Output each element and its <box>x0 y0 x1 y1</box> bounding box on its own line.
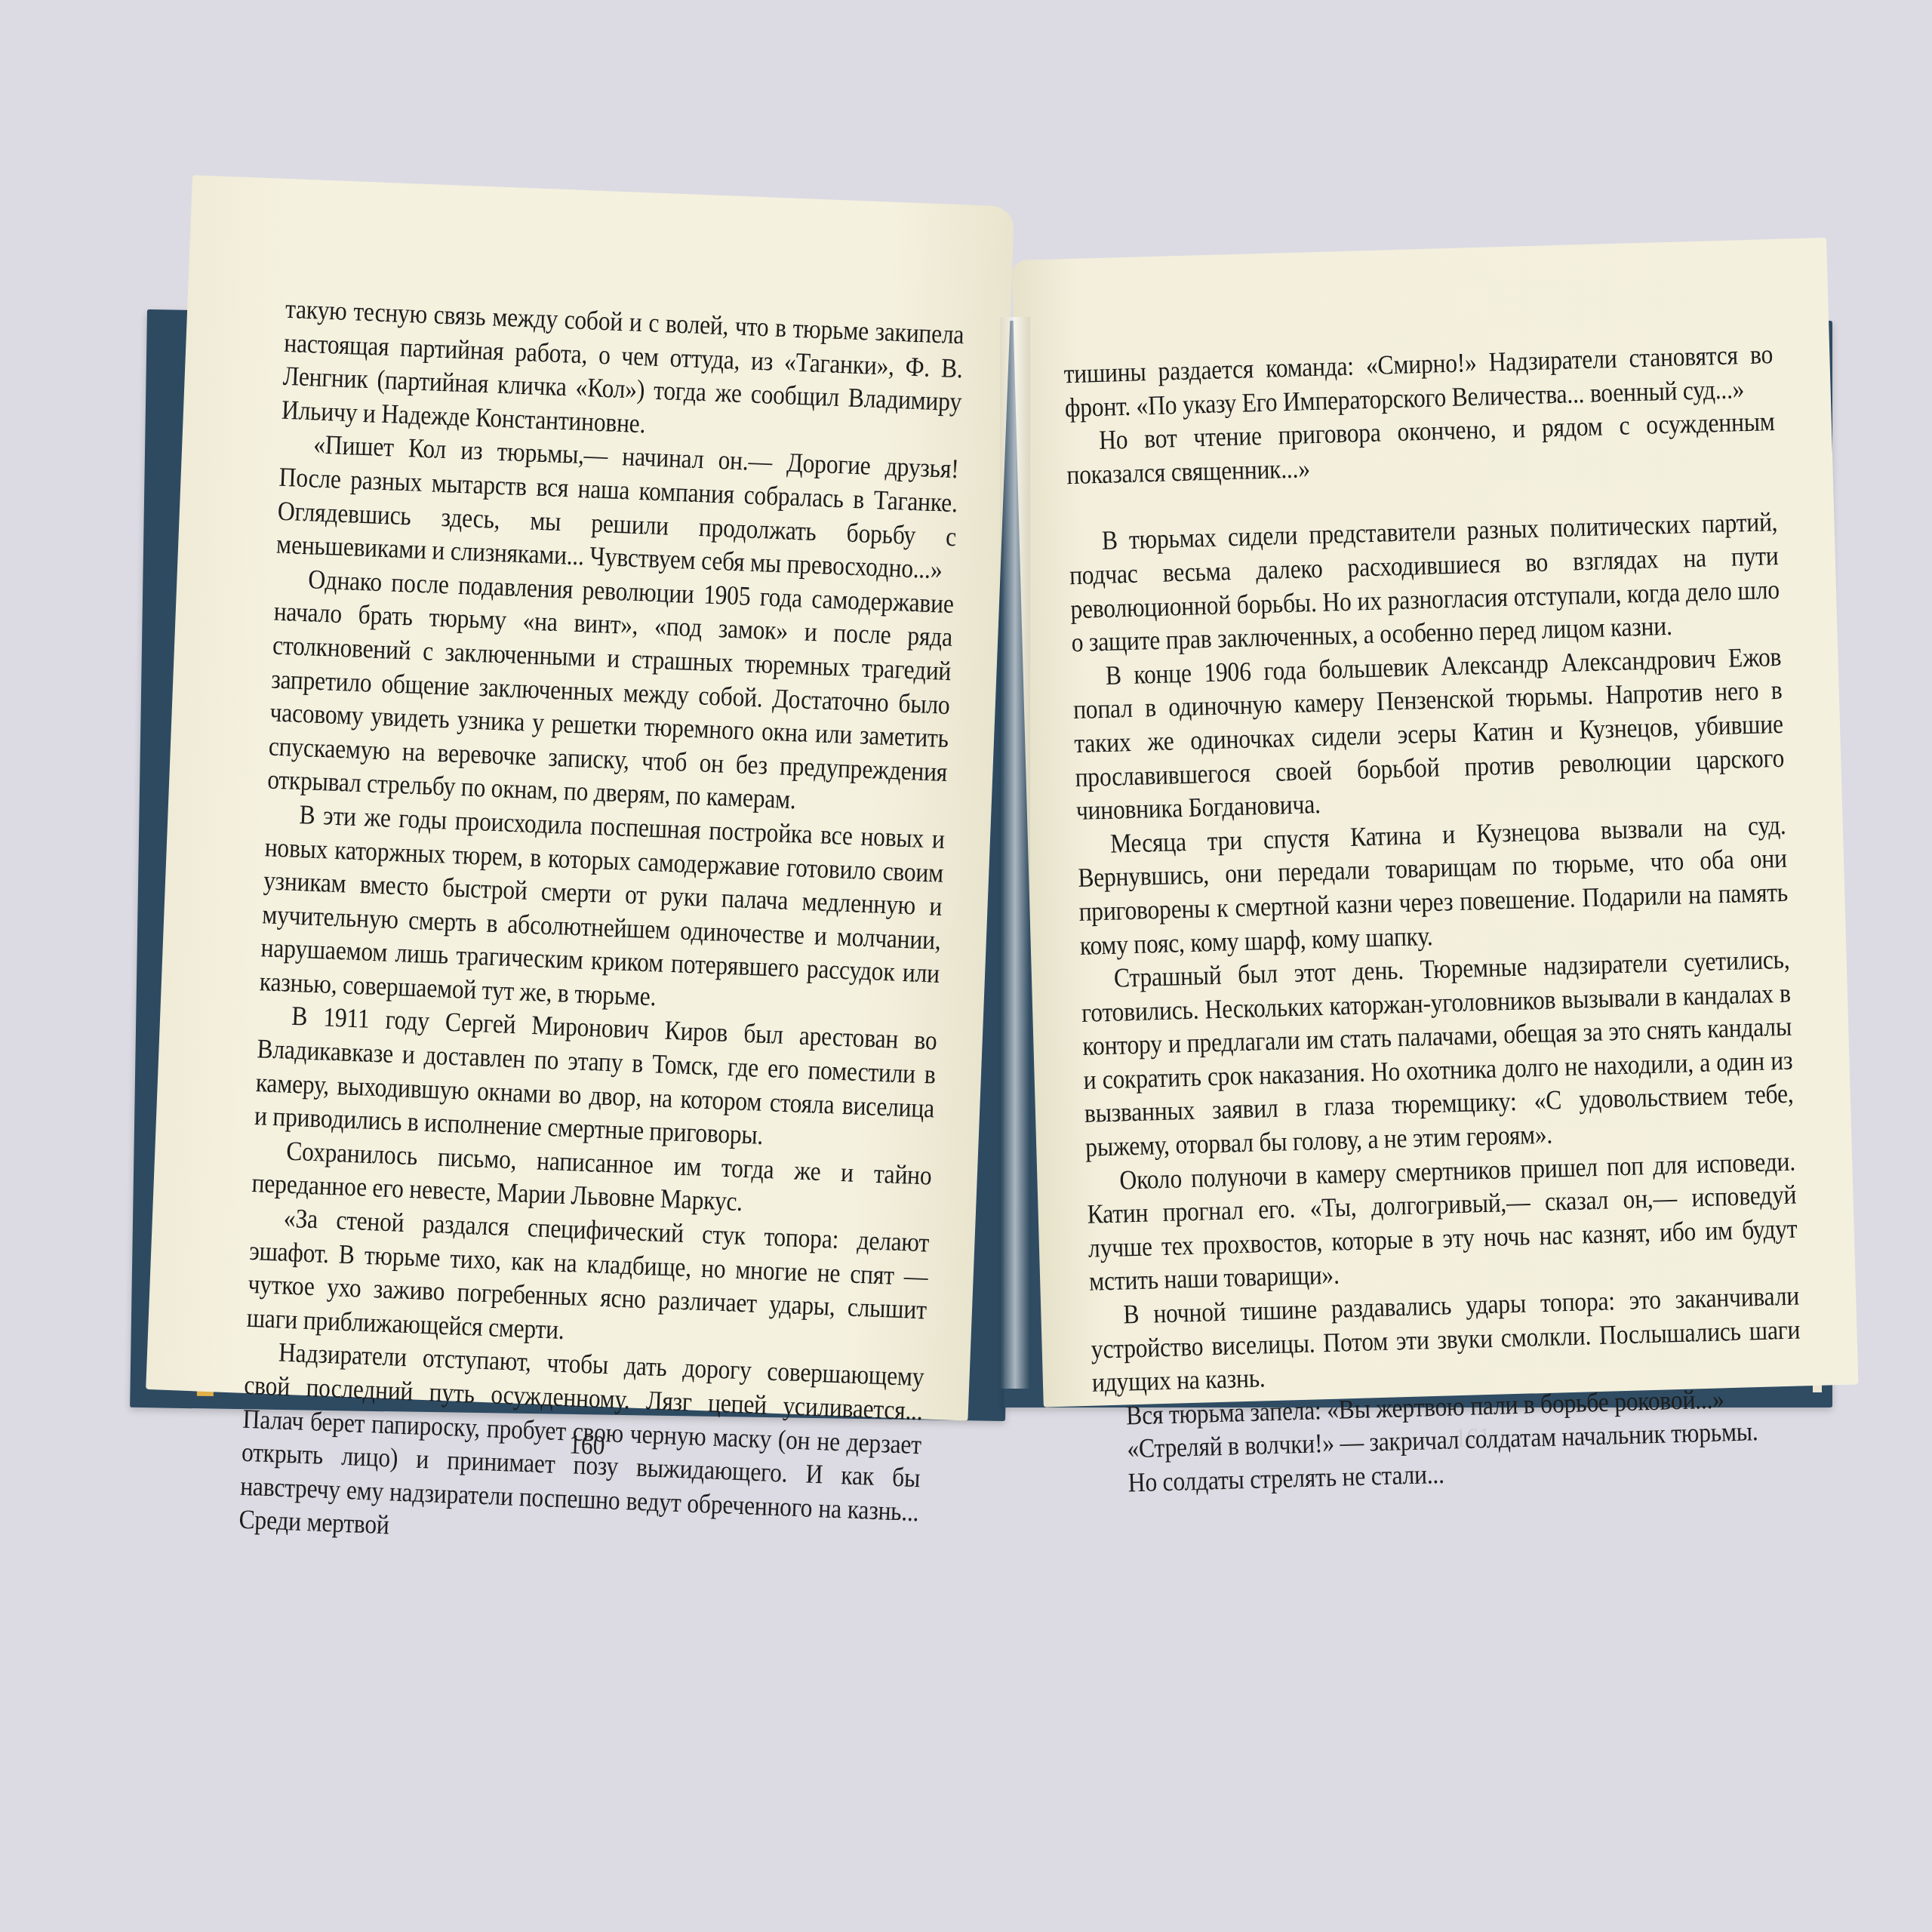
paragraph: В эти же годы происходила поспешная пост… <box>259 796 945 1024</box>
page-number: 160 <box>568 1428 605 1461</box>
paragraph: Страшный был этот день. Тюремные надзира… <box>1080 943 1795 1164</box>
page-number-faint: 161 <box>1454 1421 1491 1454</box>
paragraph: Месяца три спустя Катина и Кузнецова выз… <box>1076 808 1789 963</box>
book-gutter <box>1000 317 1030 1389</box>
left-page: такую тесную связь между собой и с волей… <box>146 175 1014 1421</box>
right-page: тишины раздается команда: «Смирно!» Надз… <box>1011 238 1858 1407</box>
left-page-text: такую тесную связь между собой и с волей… <box>238 292 965 1562</box>
paragraph: В конце 1906 года большевик Александр Ал… <box>1072 640 1786 828</box>
paragraph: «Пишет Кол из тюрьмы,— начинал он.— Доро… <box>275 426 959 587</box>
paragraph: «За стеной раздался специфический стук т… <box>246 1200 930 1361</box>
paragraph: Около полуночи в камеру смертников прише… <box>1086 1144 1798 1299</box>
paragraph: такую тесную связь между собой и с волей… <box>281 292 964 453</box>
paragraph: В ночной тишине раздавались удары топора… <box>1090 1279 1801 1400</box>
paragraph: В тюрьмах сидели представители разных по… <box>1068 505 1780 660</box>
paragraph: В 1911 году Сергей Миронович Киров был а… <box>254 998 937 1159</box>
right-page-text: тишины раздается команда: «Смирно!» Надз… <box>1063 337 1804 1500</box>
paragraph: Однако после подавления революции 1905 г… <box>266 561 954 822</box>
